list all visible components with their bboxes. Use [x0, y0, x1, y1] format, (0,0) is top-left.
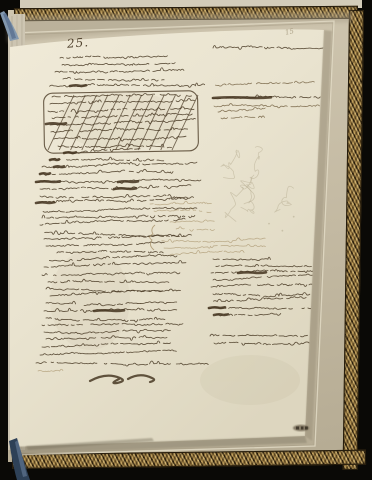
ink-blot	[238, 272, 266, 273]
ink-blot	[70, 85, 86, 86]
ink-blot	[209, 307, 225, 308]
sketch-dot	[268, 223, 270, 225]
ink-blot	[54, 166, 64, 167]
page-number: 25.	[67, 35, 90, 51]
manuscript-scan: 25. 15	[0, 0, 372, 480]
sketch-dot	[282, 230, 284, 232]
ink-blot	[64, 152, 76, 153]
ink-blot	[36, 202, 54, 203]
ink-blot	[114, 188, 136, 189]
sketch-dot	[293, 216, 295, 218]
ink-blot	[214, 314, 228, 315]
inventory-smudge	[293, 425, 309, 431]
ink-blot	[50, 159, 59, 160]
ink-blot	[94, 310, 124, 311]
ink-blot	[118, 181, 138, 182]
ink-blot	[40, 173, 50, 174]
ink-blot	[213, 97, 271, 98]
ink-blot	[46, 123, 66, 124]
scan-artwork-layer	[0, 0, 372, 480]
ink-blot	[36, 181, 60, 182]
